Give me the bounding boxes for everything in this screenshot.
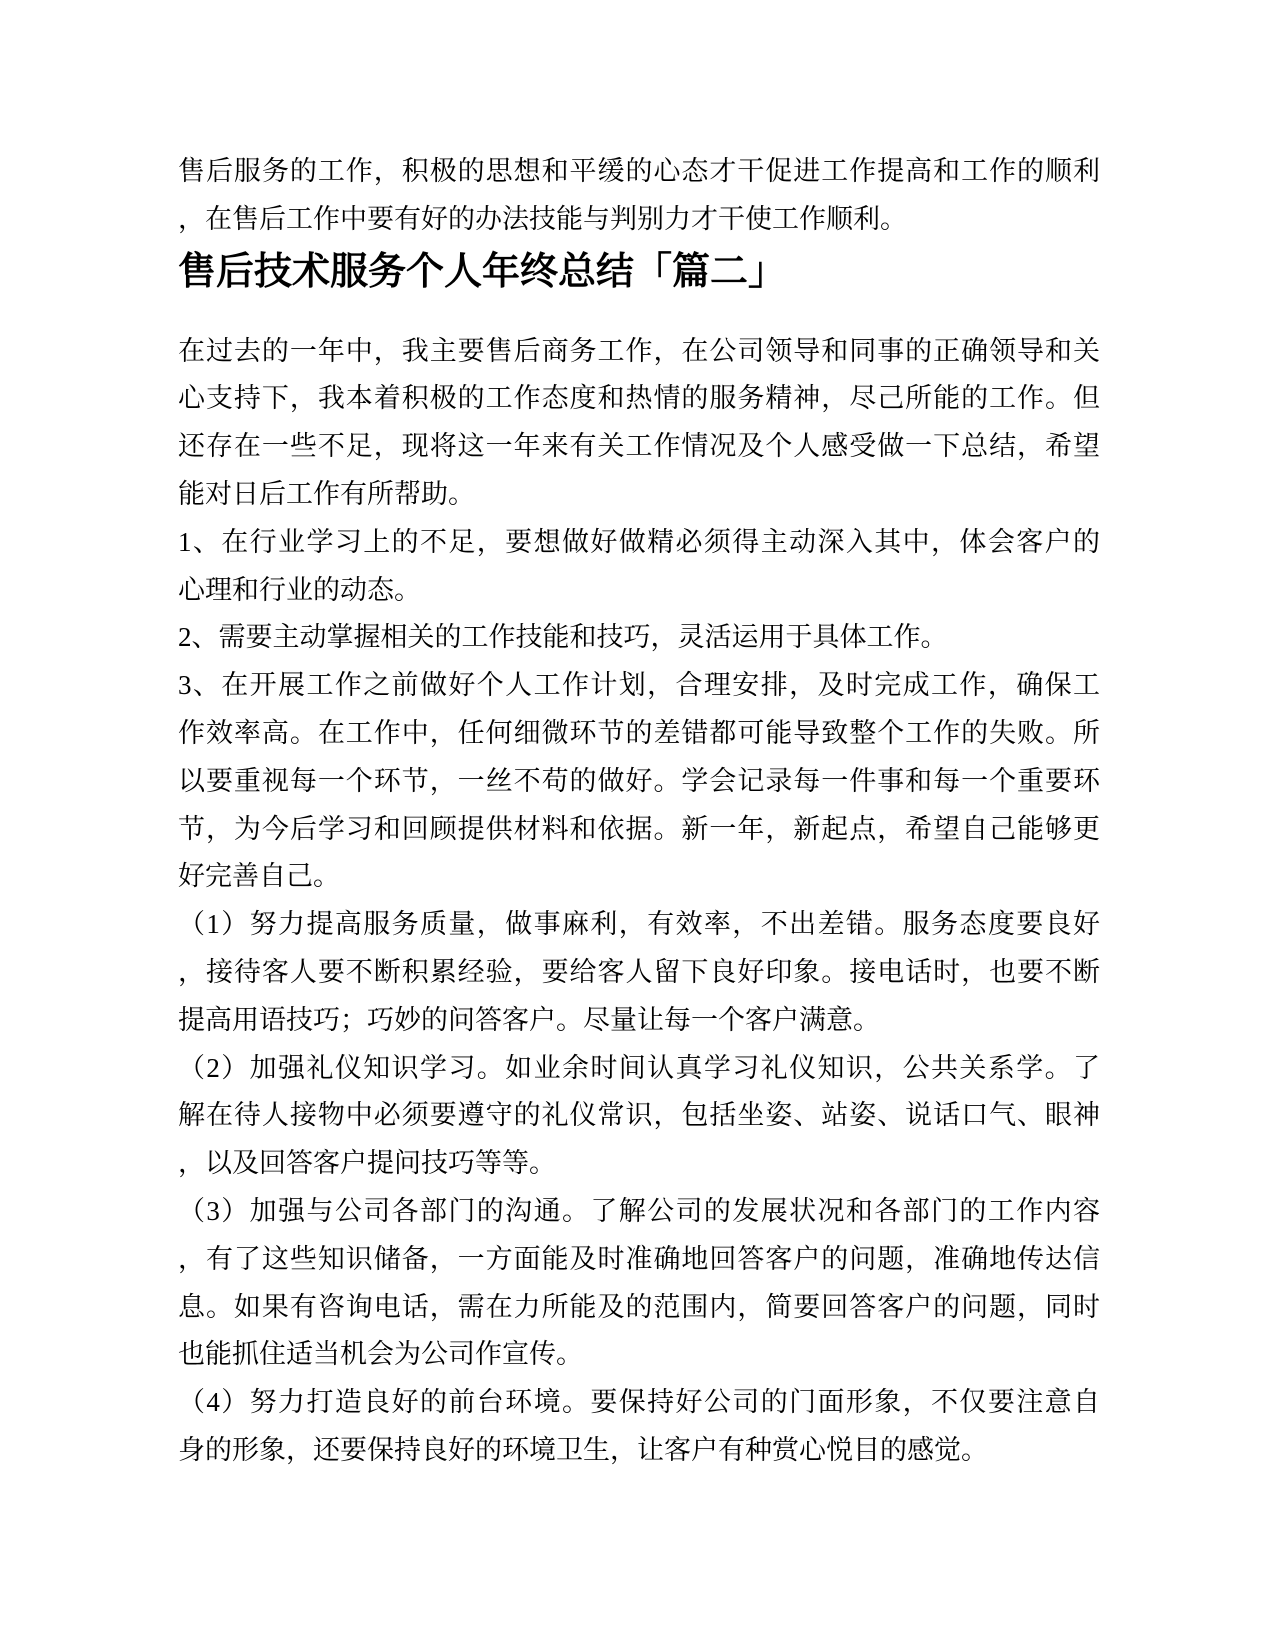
text-line: （3）加强与公司各部门的沟通。了解公司的发展状况和各部门的工作内容: [178, 1188, 1100, 1236]
text-line: 以要重视每一个环节，一丝不苟的做好。学会记录每一件事和每一个重要环: [178, 758, 1100, 806]
text-line: 息。如果有咨询电话，需在力所能及的范围内，简要回答客户的问题，同时: [178, 1284, 1100, 1332]
paragraph: （4）努力打造良好的前台环境。要保持好公司的门面形象，不仅要注意自身的形象，还要…: [178, 1379, 1100, 1475]
text-line: ，以及回答客户提问技巧等等。: [178, 1140, 1100, 1188]
document-page: 售后服务的工作，积极的思想和平缓的心态才干促进工作提高和工作的顺利，在售后工作中…: [0, 0, 1275, 1650]
text-line: 节，为今后学习和回顾提供材料和依据。新一年，新起点，希望自己能够更: [178, 806, 1100, 854]
body-section: 在过去的一年中，我主要售后商务工作，在公司领导和同事的正确领导和关心支持下，我本…: [178, 328, 1100, 1475]
section-heading: 售后技术服务个人年终总结「篇二」: [178, 246, 1100, 298]
paragraph: （3）加强与公司各部门的沟通。了解公司的发展状况和各部门的工作内容，有了这些知识…: [178, 1188, 1100, 1379]
text-line: 解在待人接物中必须要遵守的礼仪常识，包括坐姿、站姿、说话口气、眼神: [178, 1092, 1100, 1140]
paragraph: 2、需要主动掌握相关的工作技能和技巧，灵活运用于具体工作。: [178, 614, 1100, 662]
text-line: ，在售后工作中要有好的办法技能与判别力才干使工作顺利。: [178, 196, 1100, 244]
text-line: 提高用语技巧；巧妙的问答客户。尽量让每一个客户满意。: [178, 997, 1100, 1045]
text-line: ，有了这些知识储备，一方面能及时准确地回答客户的问题，准确地传达信: [178, 1236, 1100, 1284]
paragraph: 在过去的一年中，我主要售后商务工作，在公司领导和同事的正确领导和关心支持下，我本…: [178, 328, 1100, 519]
text-line: 能对日后工作有所帮助。: [178, 471, 1100, 519]
intro-section: 售后服务的工作，积极的思想和平缓的心态才干促进工作提高和工作的顺利，在售后工作中…: [178, 148, 1100, 244]
text-line: 作效率高。在工作中，任何细微环节的差错都可能导致整个工作的失败。所: [178, 710, 1100, 758]
text-line: 也能抓住适当机会为公司作宣传。: [178, 1331, 1100, 1379]
text-line: 好完善自己。: [178, 853, 1100, 901]
paragraph: 3、在开展工作之前做好个人工作计划，合理安排，及时完成工作，确保工作效率高。在工…: [178, 662, 1100, 901]
text-line: （1）努力提高服务质量，做事麻利，有效率，不出差错。服务态度要良好: [178, 901, 1100, 949]
text-line: 2、需要主动掌握相关的工作技能和技巧，灵活运用于具体工作。: [178, 614, 1100, 662]
text-line: （4）努力打造良好的前台环境。要保持好公司的门面形象，不仅要注意自: [178, 1379, 1100, 1427]
text-line: 1、在行业学习上的不足，要想做好做精必须得主动深入其中，体会客户的: [178, 519, 1100, 567]
paragraph: （1）努力提高服务质量，做事麻利，有效率，不出差错。服务态度要良好，接待客人要不…: [178, 901, 1100, 1044]
paragraph: （2）加强礼仪知识学习。如业余时间认真学习礼仪知识，公共关系学。了解在待人接物中…: [178, 1045, 1100, 1188]
paragraph: 售后服务的工作，积极的思想和平缓的心态才干促进工作提高和工作的顺利，在售后工作中…: [178, 148, 1100, 244]
paragraph: 1、在行业学习上的不足，要想做好做精必须得主动深入其中，体会客户的心理和行业的动…: [178, 519, 1100, 615]
text-line: 还存在一些不足，现将这一年来有关工作情况及个人感受做一下总结，希望: [178, 423, 1100, 471]
text-line: 3、在开展工作之前做好个人工作计划，合理安排，及时完成工作，确保工: [178, 662, 1100, 710]
text-line: （2）加强礼仪知识学习。如业余时间认真学习礼仪知识，公共关系学。了: [178, 1045, 1100, 1093]
text-line: 心支持下，我本着积极的工作态度和热情的服务精神，尽己所能的工作。但: [178, 375, 1100, 423]
text-line: ，接待客人要不断积累经验，要给客人留下良好印象。接电话时，也要不断: [178, 949, 1100, 997]
text-line: 在过去的一年中，我主要售后商务工作，在公司领导和同事的正确领导和关: [178, 328, 1100, 376]
text-line: 售后服务的工作，积极的思想和平缓的心态才干促进工作提高和工作的顺利: [178, 148, 1100, 196]
text-line: 身的形象，还要保持良好的环境卫生，让客户有种赏心悦目的感觉。: [178, 1427, 1100, 1475]
text-line: 心理和行业的动态。: [178, 567, 1100, 615]
